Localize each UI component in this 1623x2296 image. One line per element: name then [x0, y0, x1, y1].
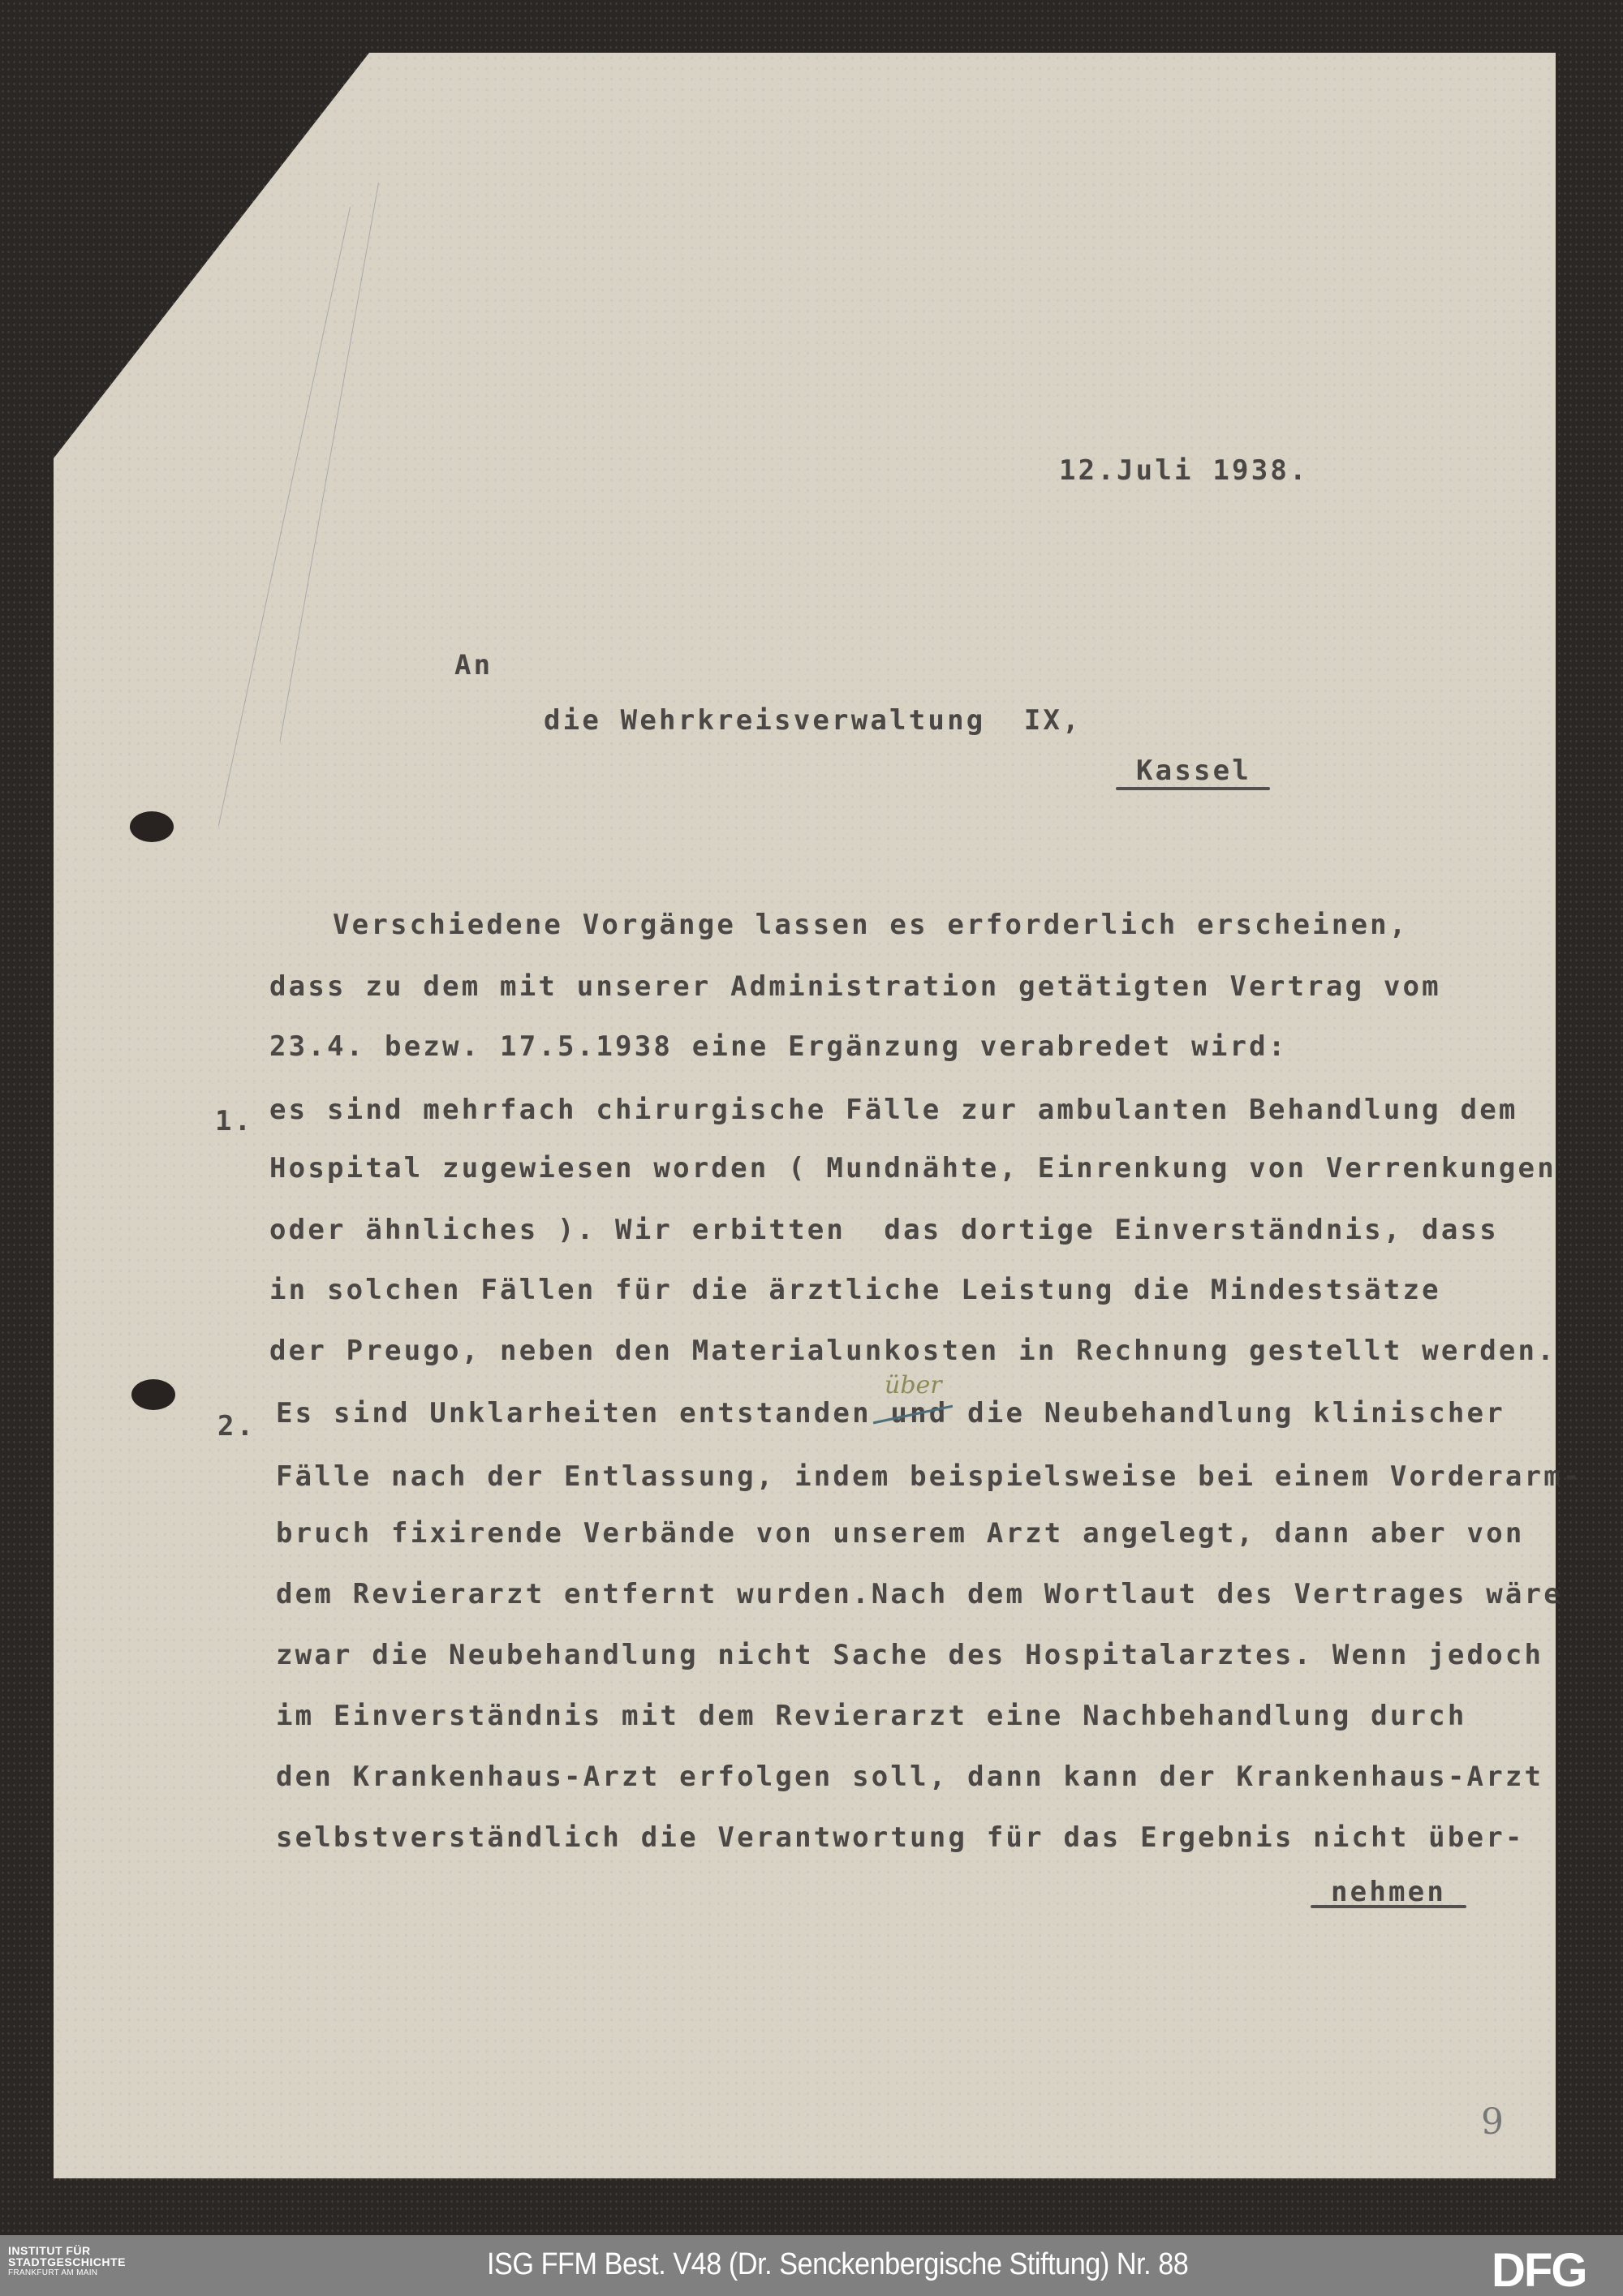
recipient-organization: die Wehrkreisverwaltung IX, — [544, 704, 1082, 737]
closing-underline — [1311, 1905, 1466, 1908]
item-1-number: 1. — [215, 1105, 253, 1137]
archive-caption: ISG FFM Best. V48 (Dr. Senckenbergische … — [487, 2247, 1188, 2282]
handwritten-page-number: 9 — [1481, 2101, 1504, 2143]
item-2-line: Es sind Unklarheiten entstanden und die … — [276, 1397, 1505, 1430]
item-2-line: zwar die Neubehandlung nicht Sache des H… — [276, 1639, 1543, 1671]
institution-line-2: STADTGESCHICHTE — [8, 2256, 126, 2268]
item-1-line: der Preugo, neben den Materialunkosten i… — [269, 1335, 1556, 1367]
closing-word: nehmen — [1331, 1876, 1446, 1908]
item-2-number: 2. — [217, 1410, 256, 1443]
handwritten-correction: über — [885, 1371, 942, 1400]
pencil-mark — [279, 183, 379, 742]
item-1-line: es sind mehrfach chirurgische Fälle zur … — [269, 1094, 1518, 1126]
recipient-city: Kassel — [1136, 755, 1251, 787]
intro-line: 23.4. bezw. 17.5.1938 eine Ergänzung ver… — [269, 1030, 1288, 1063]
item-2-line: Fälle nach der Entlassung, indem beispie… — [276, 1460, 1582, 1493]
dfg-logo: DFG — [1492, 2243, 1586, 2296]
punch-hole-bottom — [131, 1379, 175, 1410]
letter-date: 12.Juli 1938. — [1059, 454, 1309, 487]
item-2-line: im Einverständnis mit dem Revierarzt ein… — [276, 1700, 1467, 1732]
item-2-line: selbstverständlich die Verantwortung für… — [276, 1821, 1525, 1854]
institution-line-1: INSTITUT FÜR — [8, 2245, 126, 2256]
punch-hole-top — [130, 811, 174, 842]
pencil-mark — [218, 207, 351, 826]
archive-footer: INSTITUT FÜR STADTGESCHICHTE FRANKFURT A… — [0, 2235, 1623, 2296]
recipient-salutation: An — [454, 649, 493, 681]
item-2-line: bruch fixirende Verbände von unserem Arz… — [276, 1517, 1525, 1550]
institution-line-3: FRANKFURT AM MAIN — [8, 2268, 126, 2279]
item-1-line: oder ähnliches ). Wir erbitten das dorti… — [269, 1214, 1499, 1246]
item-2-line: dem Revierarzt entfernt wurden.Nach dem … — [276, 1578, 1563, 1610]
city-underline — [1116, 787, 1270, 790]
item-1-line: Hospital zugewiesen worden ( Mundnähte, … — [269, 1152, 1556, 1185]
intro-line: dass zu dem mit unserer Administration g… — [269, 970, 1441, 1003]
intro-line: Verschiedene Vorgänge lassen es erforder… — [333, 909, 1409, 941]
item-1-line: in solchen Fällen für die ärztliche Leis… — [269, 1274, 1441, 1306]
institution-logo: INSTITUT FÜR STADTGESCHICHTE FRANKFURT A… — [8, 2245, 126, 2279]
item-2-line: den Krankenhaus-Arzt erfolgen soll, dann… — [276, 1761, 1543, 1793]
